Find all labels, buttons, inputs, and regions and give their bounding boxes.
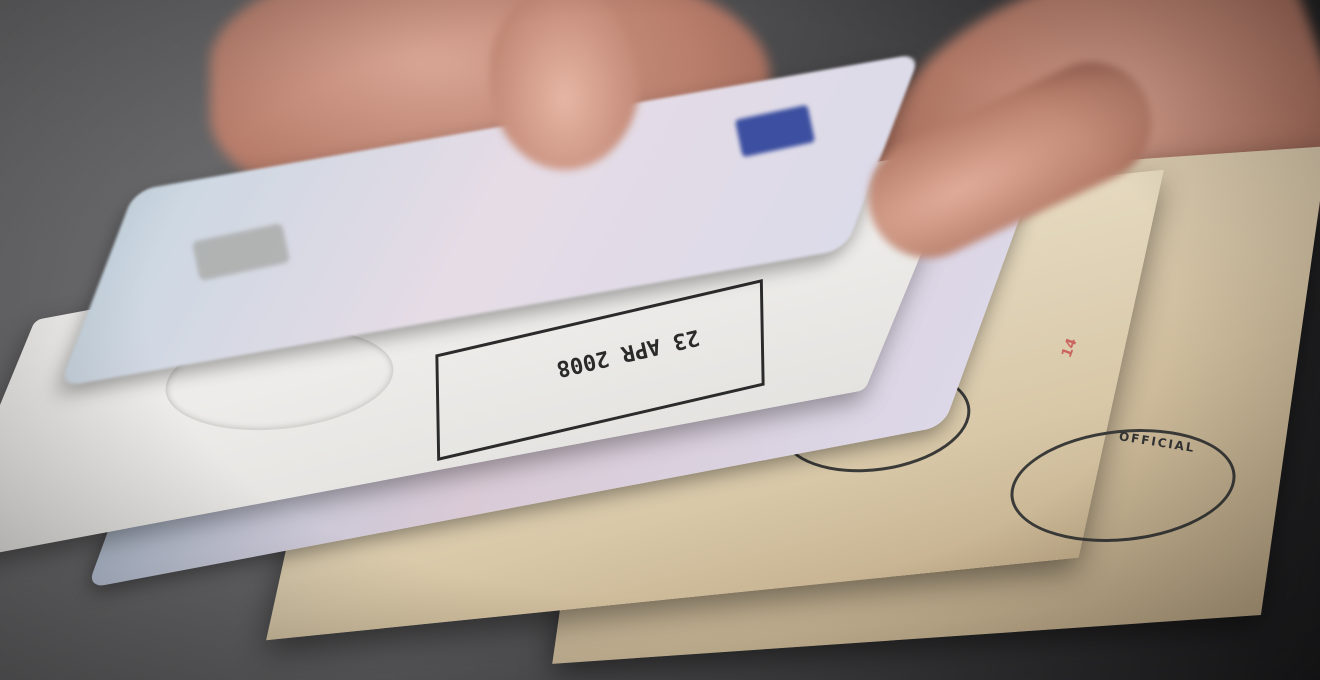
vignette — [0, 0, 1320, 680]
photo-scene: OFFICIAL 14 OFFICIAL 23 APR 2008 — [0, 0, 1320, 680]
